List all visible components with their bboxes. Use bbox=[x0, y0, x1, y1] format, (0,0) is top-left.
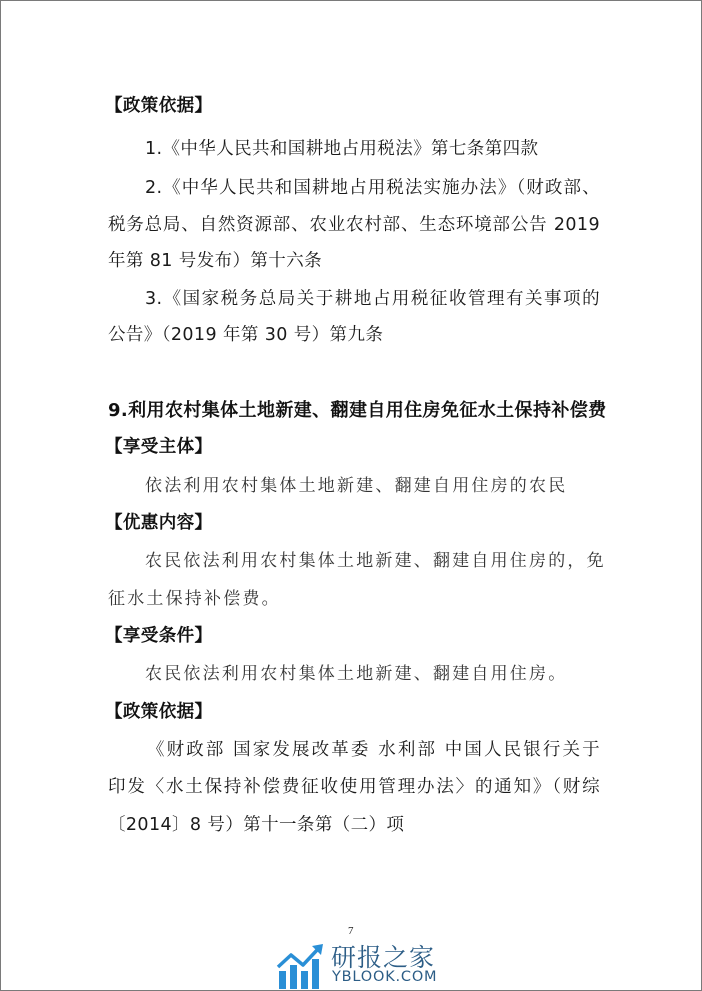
basis-line: 2.《中华人民共和国耕地占用税法实施办法》（财政部、 bbox=[145, 177, 600, 199]
bar-chart-arrow-icon bbox=[276, 943, 326, 989]
basis-line: 公告》（2019 年第 30 号）第九条 bbox=[108, 324, 600, 346]
subject-heading: 【享受主体】 bbox=[105, 436, 597, 458]
basis-line: 印发〈水土保持补偿费征收使用管理办法〉的通知》（财综 bbox=[108, 776, 600, 798]
watermark-logo: 研报之家 YBLOOK.COM bbox=[276, 939, 436, 989]
basis-line: 1.《中华人民共和国耕地占用税法》第七条第四款 bbox=[145, 138, 600, 160]
condition-heading: 【享受条件】 bbox=[105, 625, 597, 647]
logo-domain: YBLOOK.COM bbox=[332, 969, 437, 985]
content-line: 农民依法利用农村集体土地新建、翻建自用住房的，免 bbox=[145, 550, 600, 572]
section-title: 9.利用农村集体土地新建、翻建自用住房免征水土保持补偿费 bbox=[108, 400, 600, 422]
policy-basis-heading: 【政策依据】 bbox=[105, 701, 597, 723]
page-number: 7 bbox=[348, 925, 354, 937]
policy-basis-heading: 【政策依据】 bbox=[105, 95, 597, 117]
basis-line: 《财政部 国家发展改革委 水利部 中国人民银行关于 bbox=[147, 739, 600, 761]
content-heading: 【优惠内容】 bbox=[105, 512, 597, 534]
basis-line: 年第 81 号发布）第十六条 bbox=[108, 250, 600, 272]
basis-line: 3.《国家税务总局关于耕地占用税征收管理有关事项的 bbox=[145, 288, 600, 310]
basis-line: 〔2014〕8 号）第十一条第（二）项 bbox=[108, 814, 600, 836]
basis-line: 税务总局、自然资源部、农业农村部、生态环境部公告 2019 bbox=[108, 214, 600, 236]
document-page: 【政策依据】 1.《中华人民共和国耕地占用税法》第七条第四款 2.《中华人民共和… bbox=[0, 0, 702, 991]
content-line: 征水土保持补偿费。 bbox=[108, 588, 600, 610]
condition-text: 农民依法利用农村集体土地新建、翻建自用住房。 bbox=[145, 663, 600, 685]
subject-text: 依法利用农村集体土地新建、翻建自用住房的农民 bbox=[145, 475, 600, 497]
